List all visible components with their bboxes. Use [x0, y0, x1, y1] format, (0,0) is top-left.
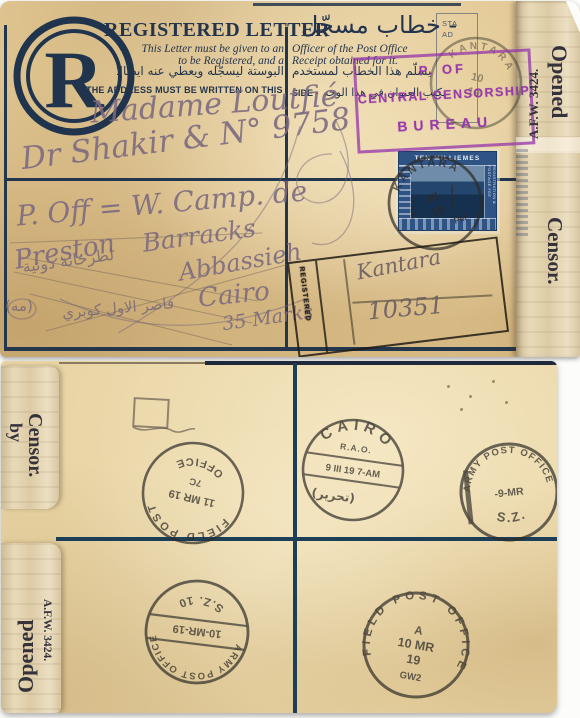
registration-box-side: REGISTERED — [289, 261, 328, 356]
postmark-kantara-pm: PM — [453, 212, 468, 225]
pin-mark — [469, 395, 472, 398]
postmark-field-po-7c: FIELD POST OFFICE 11 MR 19 7C — [125, 425, 262, 562]
front-top-border — [253, 3, 461, 6]
instruction-line-1-cont: Officer of the Post Office — [292, 43, 408, 55]
svg-text:S.Z. 10: S.Z. 10 — [174, 591, 227, 616]
tape-censor-back: Censor. — [23, 413, 46, 518]
arabic-instruction-left: البوستة ليسجّله ويعطي عنه ايصالا — [110, 64, 284, 78]
tape-ref-front: A.F.W. 3424. — [526, 29, 542, 139]
pin-mark — [447, 385, 450, 388]
pin-mark — [505, 401, 508, 404]
registration-box: REGISTERED Kantara 10351 — [287, 236, 509, 357]
fpogw2-year: 19 — [405, 652, 421, 668]
front-cover: REGISTERED LETTER This Letter must be gi… — [0, 1, 580, 357]
scanned-postal-cover: REGISTERED LETTER This Letter must be gi… — [0, 0, 580, 718]
tape-ref-back: A.F.W. 3424. — [41, 599, 53, 704]
back-top-edge-light — [59, 362, 205, 364]
fpo7c-date: 11 MR 19 — [168, 487, 217, 509]
arabic-scribble-3: (مه) — [5, 297, 33, 315]
registration-office: Kantara — [355, 245, 443, 285]
tape-censor-front: Censor. — [542, 217, 567, 327]
censorship-line-2: CENTRAL CENSORSHIP — [357, 84, 529, 107]
svg-text:ARMY POST OFFICE: ARMY POST OFFICE — [457, 440, 555, 493]
pin-mark — [460, 408, 463, 411]
postmark-army-sz10: ARMY POST OFFICE 10-MR-19 S.Z. 10 — [133, 568, 260, 695]
back-top-edge — [205, 361, 557, 365]
postmark-kantara-date2: 19 — [429, 203, 446, 221]
armysz10-sz: S.Z. 10 — [174, 591, 227, 616]
front-bottom-border — [4, 347, 552, 351]
tape-opened-back: Opened — [13, 583, 39, 693]
envelope-ornament-edge — [516, 149, 528, 239]
cairo-arabic: (تحرير) — [311, 486, 356, 506]
armysz-sz: S.Z. — [494, 506, 529, 527]
svg-text:S.Z.: S.Z. — [494, 506, 529, 527]
arabic-scribble-2: فاصر الاول كوبري — [61, 294, 174, 322]
postmark-army-sz: ARMY POST OFFICE -9-MR S.Z. — [450, 433, 557, 552]
svg-text:ARMY POST OFFICE: ARMY POST OFFICE — [143, 632, 244, 686]
fpogw2-date: 10 MR — [397, 635, 436, 655]
registration-number: 10351 — [366, 291, 445, 326]
armysz10-date: 10-MR-19 — [172, 622, 222, 640]
fpogw2-code: A — [413, 625, 423, 638]
armysz-arc: ARMY POST OFFICE — [457, 440, 555, 493]
address-line-3: P. Off = W. Camp. de — [15, 174, 308, 232]
tape-opened-front: Opened — [546, 45, 572, 165]
censorship-line-1: P. OF — [356, 58, 529, 82]
fpogw2-sub: GW2 — [399, 670, 422, 685]
registration-side-text: REGISTERED — [298, 266, 312, 322]
cairo-sub: R.A.O. — [340, 441, 373, 455]
censorship-line-3: BUREAU — [359, 111, 532, 136]
postmark-cairo: CAIRO R.A.O. 9 III 19 7-AM (تحرير) — [290, 407, 416, 533]
armysz-date: -9-MR — [494, 485, 525, 500]
pin-mark — [492, 380, 495, 383]
censorship-handstamp: P. OF CENTRAL CENSORSHIP BUREAU — [353, 48, 536, 153]
fpo7c-extra: 7C — [188, 475, 202, 488]
postmark-field-po-gw2: FIELD POST OFFICE A 10 MR 19 GW2 — [348, 577, 485, 713]
back-cover: FIELD POST OFFICE 11 MR 19 7C CAIRO R.A.… — [1, 361, 557, 713]
armysz10-arc: ARMY POST OFFICE — [143, 632, 244, 686]
